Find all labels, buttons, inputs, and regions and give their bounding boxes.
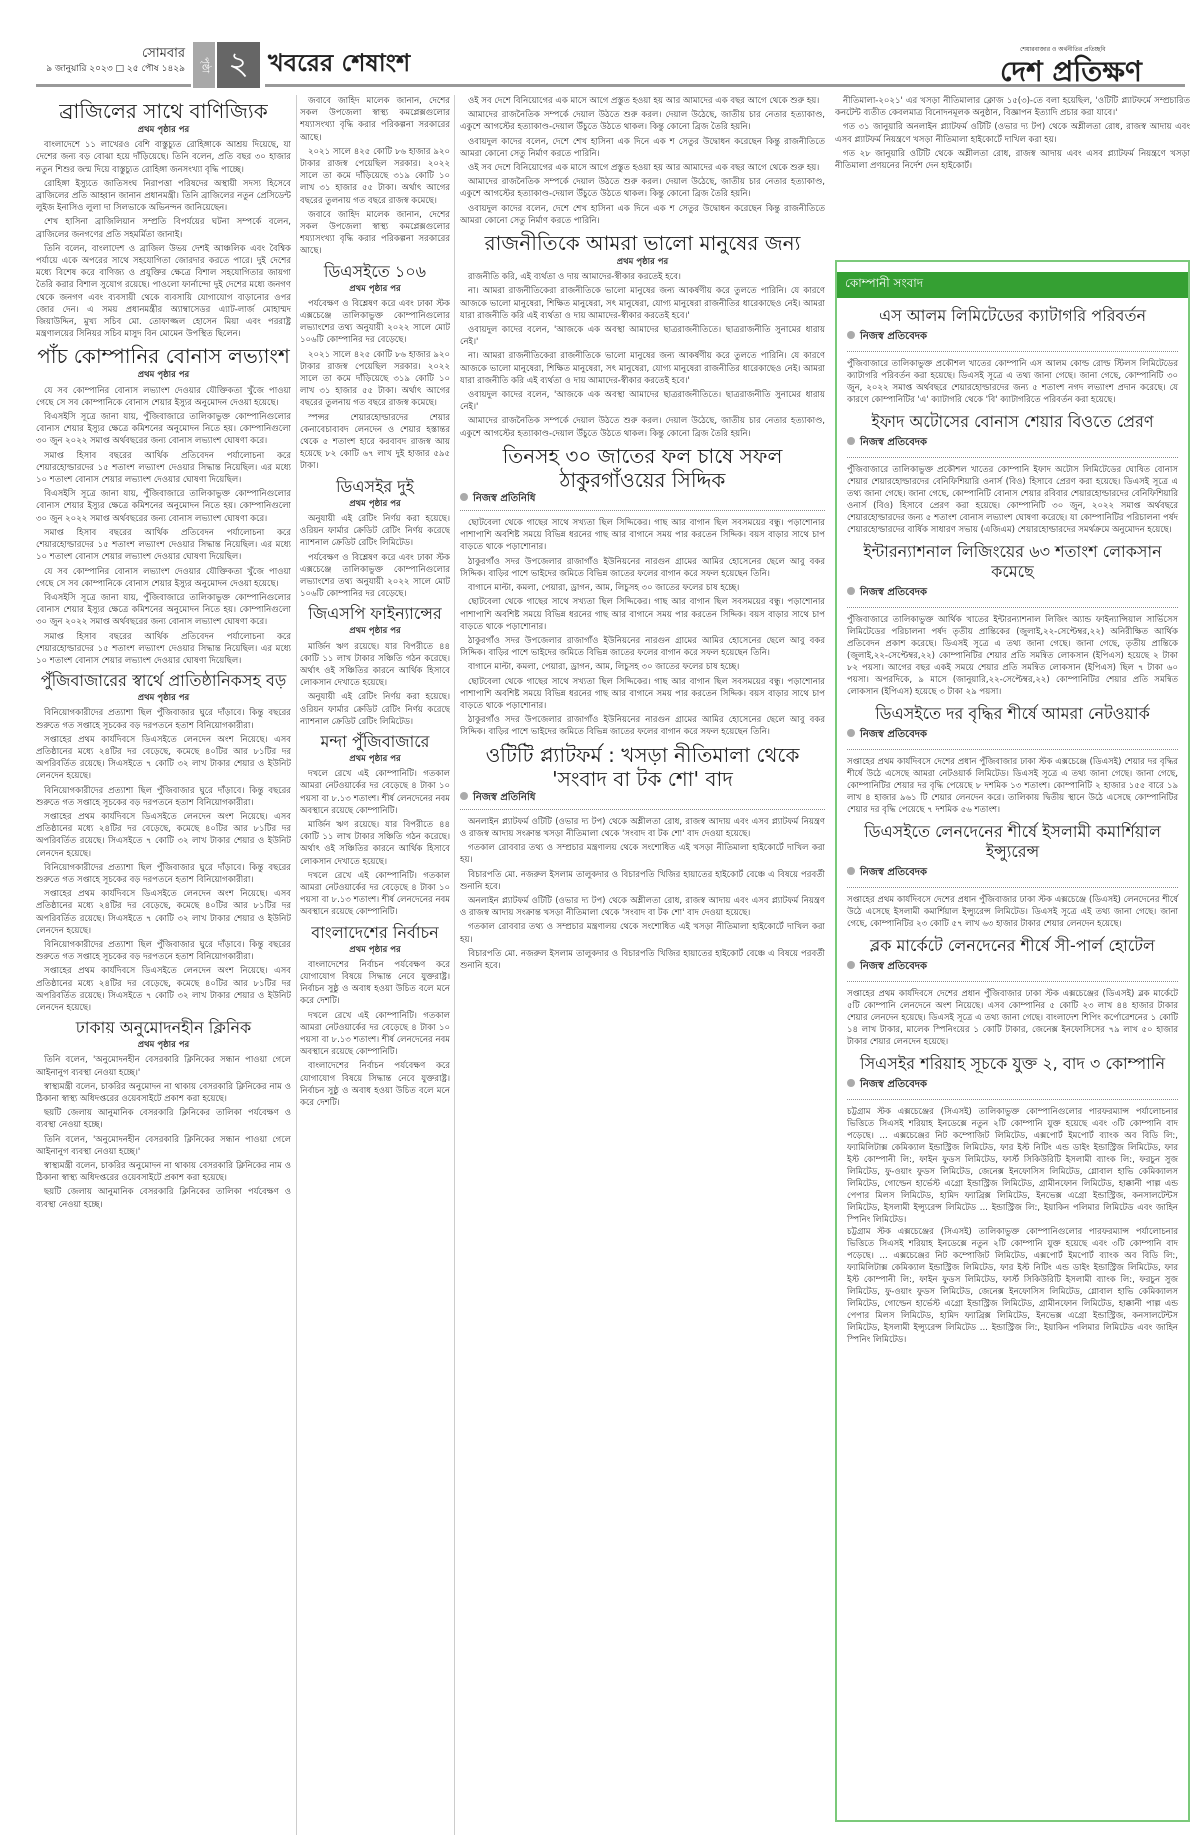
newspaper-logo: দেশ প্রতিক্ষণ [1000, 50, 1142, 97]
byline-text: নিজস্ব প্রতিবেদক [860, 1079, 927, 1090]
column-middle-narrow: জবাবে জাহিদ মালেক জানান, দেশের সকল উপজেল… [300, 95, 450, 1835]
paragraph: তিনি বলেন, 'অনুমোদনহীন বেসরকারি ক্লিনিকে… [36, 1134, 291, 1158]
byline: নিজস্ব প্রতিবেদক [847, 1077, 1178, 1100]
paragraph: গতকাল রোববার তথ্য ও সম্প্রচার মন্ত্রণালয… [460, 842, 825, 866]
paragraph: রোহিঙ্গা ইস্যুতে জাতিসংঘ নিরাপত্তা পরিষদ… [36, 178, 291, 215]
paragraph: অনুযায়ী এই রেটিং নির্ণয় করা হয়েছে। ওর… [300, 513, 450, 550]
paragraph: সমাপ্ত হিসাব বছরের আর্থিক প্রতিবেদন পর্য… [36, 527, 291, 564]
byline-text: নিজস্ব প্রতিবেদক [860, 867, 927, 878]
paragraph: অনুযায়ী এই রেটিং নির্ণয় করা হয়েছে। ওর… [300, 691, 450, 728]
byline-text: নিজস্ব প্রতিনিধি [473, 493, 535, 504]
continued-label: প্রথম পৃষ্ঠার পর [300, 753, 450, 765]
continued-label: প্রথম পৃষ্ঠার পর [300, 944, 450, 956]
paragraph: সমাপ্ত হিসাব বছরের আর্থিক প্রতিবেদন পর্য… [36, 631, 291, 668]
continued-label: প্রথম পৃষ্ঠার পর [36, 692, 291, 704]
paragraph: আমাদের রাজনৈতিক সম্পর্কে দেয়াল উঠতে শুর… [460, 176, 825, 200]
column-left: ব্রাজিলের সাথে বাণিজ্যিক প্রথম পৃষ্ঠার প… [36, 95, 291, 1835]
headline-capital-market: পুঁজিবাজারের স্বার্থে প্রাতিষ্ঠানিকসহ বড… [36, 671, 291, 691]
paragraph: দখলে রেখে এই কোম্পানিটি। গতকাল আমরা নেটও… [300, 1010, 450, 1059]
paragraph: ওবায়দুল কাদের বলেন, দেশে শেখ হাসিনা এক … [460, 136, 825, 160]
paragraph: ঠাকুরগাঁও সদর উপজেলার রাজাগাঁও ইউনিয়নের… [460, 714, 825, 738]
continued-label: প্রথম পৃষ্ঠার পর [36, 369, 291, 381]
column-right-top: নীতিমালা-২০২১' এর খসড়া নীতিমালার ক্লোজ … [835, 95, 1190, 250]
paragraph: আমাদের রাজনৈতিক সম্পর্কে দেয়াল উঠতে শুর… [460, 109, 825, 133]
paragraph: ওই সব দেশে বিনিয়োগের এক মাসে আগে প্রস্ত… [460, 95, 825, 107]
paragraph: বিনিয়োগকারীদের প্রত্যাশা ছিল পুঁজিবাজার… [36, 707, 291, 731]
paragraph: জবাবে জাহিদ মালেক জানান, দেশের সকল উপজেল… [300, 209, 450, 258]
headline-company: সিএসইর শরিয়াহ সূচকে যুক্ত ২, বাদ ৩ কোম্… [847, 1054, 1178, 1074]
byline: নিজস্ব প্রতিবেদক [847, 727, 1178, 750]
paragraph: গত ৩১ জানুয়ারি অনলাইন প্ল্যাটফর্ম ওটিটি… [835, 121, 1190, 145]
paragraph: বিনিয়োগকারীদের প্রত্যাশা ছিল পুঁজিবাজার… [36, 785, 291, 809]
byline-text: নিজস্ব প্রতিবেদক [860, 437, 927, 448]
article-body: পুঁজিবাজারে তালিকাভুক্ত প্রকৌশল খাতের কো… [847, 358, 1178, 406]
paragraph: সপ্তাহের প্রথম কার্যদিবসে ডিএসইতে লেনদেন… [36, 811, 291, 860]
paragraph: গতকাল রোববার তথ্য ও সম্প্রচার মন্ত্রণালয… [460, 921, 825, 945]
paragraph: নীতিমালা-২০২১' এর খসড়া নীতিমালার ক্লোজ … [835, 95, 1190, 119]
byline: নিজস্ব প্রতিবেদক [847, 959, 1178, 982]
continued-label: প্রথম পৃষ্ঠার পর [36, 124, 291, 136]
byline: নিজস্ব প্রতিনিধি [460, 493, 825, 511]
headline-dse106: ডিএসইতে ১০৬ [300, 262, 450, 282]
paragraph: সপ্তাহের প্রথম কার্যদিবসে ডিএসইতে লেনদেন… [36, 888, 291, 937]
paragraph: বিচারপতি মো. নজরুল ইসলাম তালুকদার ও বিচা… [460, 948, 825, 972]
headline-election: বাংলাদেশের নির্বাচন [300, 923, 450, 943]
paragraph: পর্যবেক্ষণ ও বিশ্লেষণ করে এবং ঢাকা স্টক … [300, 298, 450, 347]
publication-date: ৯ জানুয়ারি ২০২৩ □ ২৫ পৌষ ১৪২৯ [46, 61, 185, 76]
byline: নিজস্ব প্রতিবেদক [847, 585, 1178, 608]
continued-label: প্রথম পৃষ্ঠার পর [300, 283, 450, 295]
paragraph: যে সব কোম্পানির বোনাস লভ্যাংশ দেওয়ার যৌ… [36, 385, 291, 409]
bullet-icon [847, 437, 855, 445]
bullet-icon [847, 1079, 855, 1087]
paragraph: মার্জিন ঋণ রয়েছে। যার বিপরীতে ৪৪ কোটি ১… [300, 819, 450, 868]
paragraph: অনলাইন প্ল্যাটফর্ম ওটিটি (ওভার দ্য টপ) থ… [460, 895, 825, 919]
byline-text: নিজস্ব প্রতিবেদক [860, 587, 927, 598]
byline-text: নিজস্ব প্রতিবেদক [860, 961, 927, 972]
paragraph: বাংলাদেশের নির্বাচন পর্যবেক্ষণ করে যোগায… [300, 959, 450, 1008]
paragraph: ওবায়দুল কাদের বলেন, দেশে শেখ হাসিনা এক … [460, 203, 825, 227]
paragraph: স্পন্সর শেয়ারহোল্ডারদের শেয়ার কেনাবেচা… [300, 412, 450, 473]
paragraph: ২০২১ সালে ৪২৫ কোটি ৮৬ হাজার ৯২০ টাকার রা… [300, 146, 450, 207]
paragraph: না। আমরা রাজনীতিকেরা রাজনীতিকে ভালো মানু… [460, 350, 825, 387]
bullet-icon [847, 867, 855, 875]
headline-brazil: ব্রাজিলের সাথে বাণিজ্যিক [36, 99, 291, 123]
paragraph: বাংলাদেশে ১১ লাখেরও বেশি বাস্তুচ্যুত রোহ… [36, 139, 291, 176]
column-center: ওই সব দেশে বিনিয়োগের এক মাসে আগে প্রস্ত… [460, 95, 825, 1835]
article-body: পুঁজিবাজারে তালিকাভুক্ত প্রকৌশল খাতের কো… [847, 464, 1178, 536]
paragraph: স্বাস্থ্যমন্ত্রী বলেন, চাকরির অনুমোদন না… [36, 1160, 291, 1184]
article-body: চট্টগ্রাম স্টক এক্সচেঞ্জের (সিএসই) তালিক… [847, 1106, 1178, 1226]
paragraph: বাগানে মাল্টা, কমলা, পেয়ারা, ড্রাগন, আম… [460, 582, 825, 594]
continued-label: প্রথম পৃষ্ঠার পর [300, 625, 450, 637]
bullet-icon [460, 792, 468, 800]
byline-text: নিজস্ব প্রতিবেদক [860, 729, 927, 740]
headline-fruit: তিনসহ ৩০ জাতের ফল চাষে সফল ঠাকুরগাঁওয়ের… [460, 444, 825, 492]
paragraph: ছয়টি জেলায় আনুমানিক বেসরকারি ক্লিনিকের… [36, 1186, 291, 1210]
paragraph: ওবায়দুল কাদের বলেন, 'আজকে এক অবস্থা আমা… [460, 324, 825, 348]
paragraph: ছোটবেলা থেকে গাছের সাথে সখ্যতা ছিল সিদ্দ… [460, 676, 825, 713]
bullet-icon [847, 587, 855, 595]
article-body: চট্টগ্রাম স্টক এক্সচেঞ্জের (সিএসই) তালিক… [847, 1226, 1178, 1346]
headline-clinic: ঢাকায় অনুমোদনহীন ক্লিনিক [36, 1018, 291, 1038]
paragraph: গত ২৮ জানুয়ারি ওটিটি থেকে অশ্লীলতা রোধ,… [835, 148, 1190, 172]
paragraph: দখলে রেখে এই কোম্পানিটি। গতকাল আমরা নেটও… [300, 870, 450, 919]
paragraph: ওই সব দেশে বিনিয়োগের এক মাসে আগে প্রস্ত… [460, 162, 825, 174]
paragraph: বিএসইসি সূত্রে জানা যায়, পুঁজিবাজারে তা… [36, 592, 291, 629]
page-label: পৃষ্ঠা [193, 42, 215, 88]
paragraph: ছোটবেলা থেকে গাছের সাথে সখ্যতা ছিল সিদ্দ… [460, 596, 825, 633]
paragraph: তিনি বলেন, 'অনুমোদনহীন বেসরকারি ক্লিনিকে… [36, 1054, 291, 1078]
byline: নিজস্ব প্রতিবেদক [847, 329, 1178, 352]
paragraph: ঠাকুরগাঁও সদর উপজেলার রাজাগাঁও ইউনিয়নের… [460, 635, 825, 659]
bullet-icon [847, 331, 855, 339]
paragraph: ২০২১ সালে ৪২৫ কোটি ৮৬ হাজার ৯২০ টাকার রা… [300, 349, 450, 410]
headline-company: ডিএসইতে দর বৃদ্ধির শীর্ষে আমরা নেটওয়ার্… [847, 704, 1178, 724]
column-divider [296, 95, 297, 1835]
bullet-icon [847, 729, 855, 737]
paragraph: বাংলাদেশের নির্বাচন পর্যবেক্ষণ করে যোগায… [300, 1060, 450, 1109]
paragraph: সপ্তাহের প্রথম কার্যদিবসে ডিএসইতে লেনদেন… [36, 965, 291, 1014]
byline-text: নিজস্ব প্রতিনিধি [473, 792, 535, 803]
paragraph: ঠাকুরগাঁও সদর উপজেলার রাজাগাঁও ইউনিয়নের… [460, 556, 825, 580]
headline-company: ব্লক মার্কেটে লেনদেনের শীর্ষে সী-পার্ল হ… [847, 936, 1178, 956]
paragraph: না। আমরা রাজনীতিকেরা রাজনীতিকে ভালো মানু… [460, 285, 825, 322]
paragraph: রাজনীতি করি, এই ব্যর্থতা ও দায় আমাদের-স… [460, 271, 825, 283]
paragraph: সমাপ্ত হিসাব বছরের আর্থিক প্রতিবেদন পর্য… [36, 450, 291, 487]
byline: নিজস্ব প্রতিবেদক [847, 435, 1178, 458]
headline-gsp: জিএসপি ফাইন্যান্সের [300, 604, 450, 624]
paragraph: বিনিয়োগকারীদের প্রত্যাশা ছিল পুঁজিবাজার… [36, 939, 291, 963]
headline-politics: রাজনীতিকে আমরা ভালো মানুষের জন্য [460, 231, 825, 255]
column-divider [454, 95, 455, 1835]
headline-company: ডিএসইতে লেনদেনের শীর্ষে ইসলামী কমার্শিয়… [847, 822, 1178, 862]
byline: নিজস্ব প্রতিবেদক [847, 865, 1178, 888]
paragraph: শেখ হাসিনা ব্রাজিলিয়ান সম্প্রতি বিপর্যয… [36, 216, 291, 240]
paragraph: বিচারপতি মো. নজরুল ইসলাম তালুকদার ও বিচা… [460, 869, 825, 893]
paragraph: সপ্তাহের প্রথম কার্যদিবসে ডিএসইতে লেনদেন… [36, 734, 291, 783]
paragraph: তিনি বলেন, বাংলাদেশ ও ব্রাজিল উভয় দেশই … [36, 243, 291, 341]
page-number: ২ [217, 42, 260, 88]
bullet-icon [847, 961, 855, 969]
article-body: সপ্তাহের প্রথম কার্যদিবসে দেশের প্রধান প… [847, 894, 1178, 930]
headline-slump: মন্দা পুঁজিবাজারে [300, 732, 450, 752]
continued-label: প্রথম পৃষ্ঠার পর [36, 1039, 291, 1051]
company-news-label: কোম্পানী সংবাদ [837, 272, 1188, 298]
section-title: খবরের শেষাংশ [268, 45, 410, 85]
paragraph: স্বাস্থ্যমন্ত্রী বলেন, চাকরির অনুমোদন না… [36, 1081, 291, 1105]
paragraph: আমাদের রাজনৈতিক সম্পর্কে দেয়াল উঠতে শুর… [460, 415, 825, 439]
paragraph: ওবায়দুল কাদের বলেন, 'আজকে এক অবস্থা আমা… [460, 389, 825, 413]
paragraph: মার্জিন ঋণ রয়েছে। যার বিপরীতে ৪৪ কোটি ১… [300, 641, 450, 690]
headline-ott: ওটিটি প্ল্যাটফর্ম : খসড়া নীতিমালা থেকে … [460, 743, 825, 791]
article-body: পুঁজিবাজারে তালিকাভুক্ত আর্থিক খাতের ইন্… [847, 614, 1178, 698]
paragraph: ছোটবেলা থেকে গাছের সাথে সখ্যতা ছিল সিদ্দ… [460, 517, 825, 554]
paragraph: ছয়টি জেলায় আনুমানিক বেসরকারি ক্লিনিকের… [36, 1107, 291, 1131]
bullet-icon [460, 493, 468, 501]
byline-text: নিজস্ব প্রতিবেদক [860, 331, 927, 342]
headline-company: এস আলম লিমিটেডের ক্যাটাগরি পরিবর্তন [847, 306, 1178, 326]
headline-bonus: পাঁচ কোম্পানির বোনাস লভ্যাংশ [36, 344, 291, 368]
paragraph: দখলে রেখে এই কোম্পানিটি। গতকাল আমরা নেটও… [300, 768, 450, 817]
paragraph: বাগানে মাল্টা, কমলা, পেয়ারা, ড্রাগন, আম… [460, 661, 825, 673]
paragraph: অনলাইন প্ল্যাটফর্ম ওটিটি (ওভার দ্য টপ) থ… [460, 816, 825, 840]
paragraph: বিএসইসি সূত্রে জানা যায়, পুঁজিবাজারে তা… [36, 488, 291, 525]
paragraph: পর্যবেক্ষণ ও বিশ্লেষণ করে এবং ঢাকা স্টক … [300, 552, 450, 601]
company-news-box: কোম্পানী সংবাদ এস আলম লিমিটেডের ক্যাটাগর… [835, 260, 1190, 1822]
paragraph: যে সব কোম্পানির বোনাস লভ্যাংশ দেওয়ার যৌ… [36, 566, 291, 590]
headline-company: ইফাদ অটোসের বোনাস শেয়ার বিওতে প্রেরণ [847, 412, 1178, 432]
headline-company: ইন্টারন্যাশনাল লিজিংয়ের ৬৩ শতাংশ লোকসান… [847, 542, 1178, 582]
paragraph: জবাবে জাহিদ মালেক জানান, দেশের সকল উপজেল… [300, 95, 450, 144]
continued-label: প্রথম পৃষ্ঠার পর [460, 256, 825, 268]
article-body: সপ্তাহের প্রথম কার্যদিবসে দেশের প্রধান প… [847, 756, 1178, 816]
masthead: সোমবার ৯ জানুয়ারি ২০২৩ □ ২৫ পৌষ ১৪২৯ পৃ… [0, 0, 1200, 80]
paragraph: বিএসইসি সূত্রে জানা যায়, পুঁজিবাজারে তা… [36, 411, 291, 448]
byline: নিজস্ব প্রতিনিধি [460, 792, 825, 810]
header-rule-left [36, 84, 191, 87]
continued-label: প্রথম পৃষ্ঠার পর [300, 498, 450, 510]
paragraph: বিনিয়োগকারীদের প্রত্যাশা ছিল পুঁজিবাজার… [36, 862, 291, 886]
article-body: সপ্তাহের প্রথম কার্যদিবসে দেশের প্রধান প… [847, 988, 1178, 1048]
headline-dse-two: ডিএসইর দুই [300, 477, 450, 497]
